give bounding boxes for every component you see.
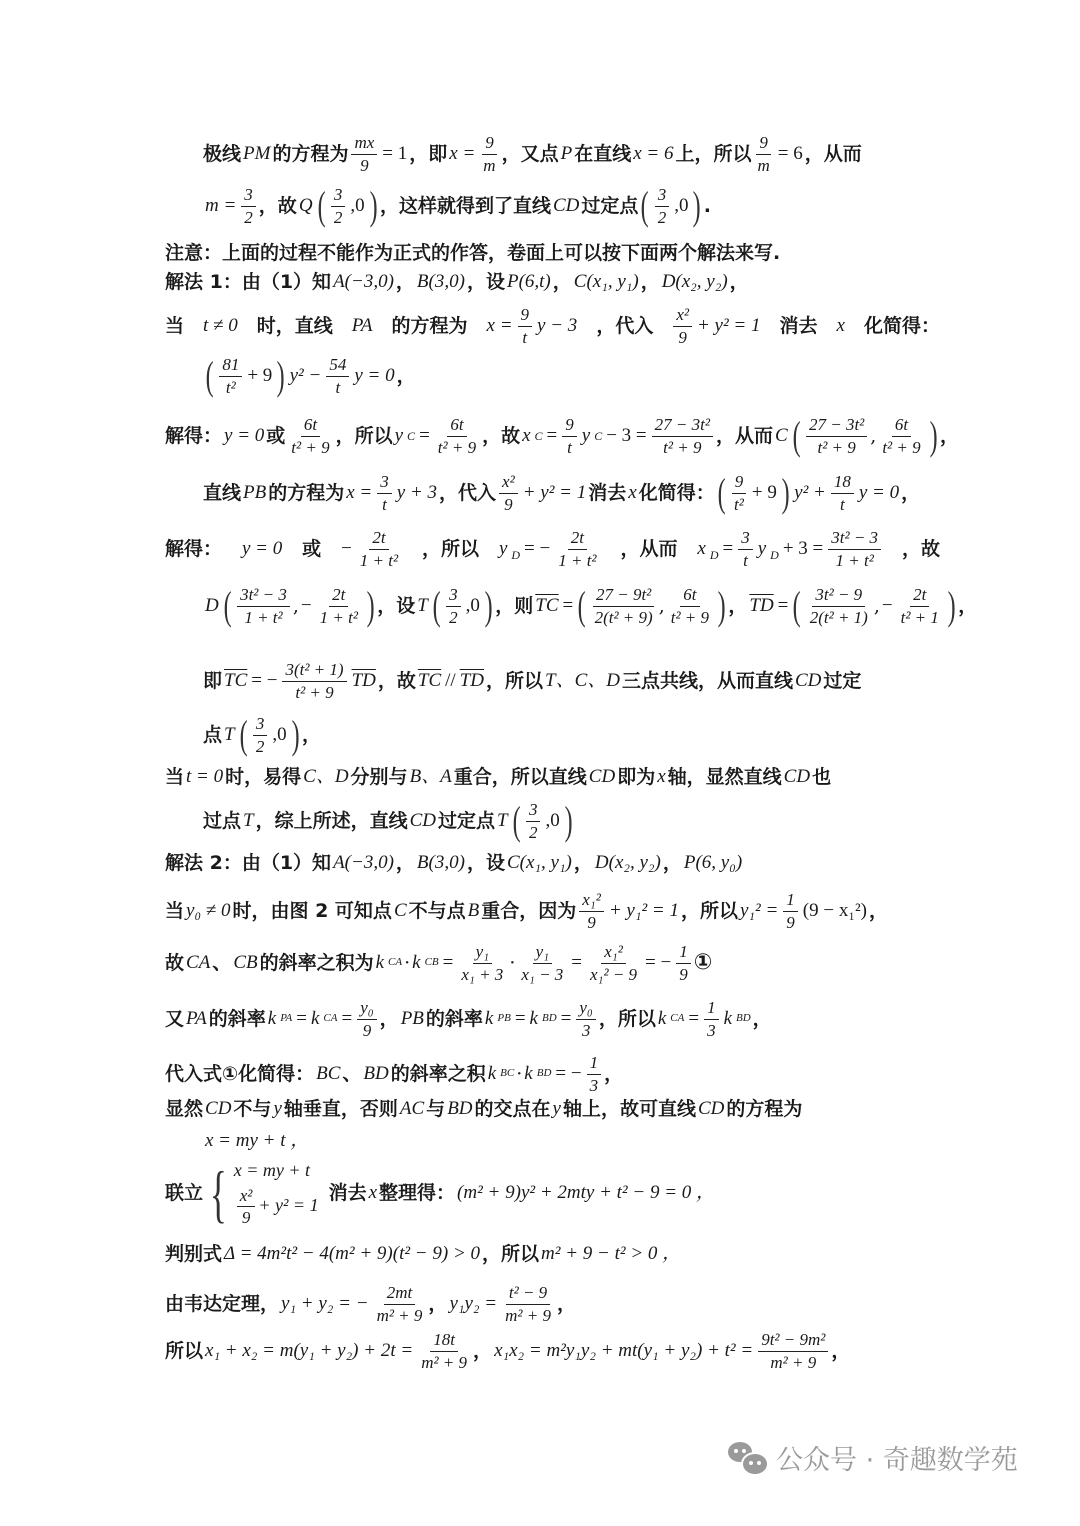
wechat-icon <box>728 1442 766 1474</box>
text-line-1: 极线 PM 的方程为 mx9 = 1 ，即 x = 9m ，又点 P 在直线 x… <box>203 133 940 175</box>
text-line-18: 又 PA 的斜率 kPA=kCA= y₀9 ， PB 的斜率 kPB=kBD= … <box>165 998 940 1040</box>
text: 解法 1：由（1）知 <box>165 271 331 294</box>
text-line-17: 故 CA 、 CB 的斜率之积为 kCA·kCB= y₁x₁ + 3·y₁x₁ … <box>165 942 940 984</box>
text-line-7: 解得： y = 0 或 6tt² + 9 ，所以 yC= 6tt² + 9 ，故… <box>165 415 960 457</box>
math: P(6,t) <box>507 271 551 294</box>
math: x = 6 <box>633 143 673 166</box>
text: ，又点 <box>502 143 559 166</box>
watermark-label: 公众号 · 奇趣数学苑 <box>776 1438 1018 1477</box>
document-page: 极线 PM 的方程为 mx9 = 1 ，即 x = 9m ，又点 P 在直线 x… <box>0 0 1080 1526</box>
fraction: 9m <box>755 133 773 175</box>
note-text: 注意：上面的过程不能作为正式的作答，卷面上可以按下面两个解法来写. <box>165 242 780 265</box>
math: m = <box>205 195 236 218</box>
text: 的方程为 <box>272 143 348 166</box>
text: ，即 <box>409 143 447 166</box>
math: ,0 <box>674 195 688 218</box>
text-line-8: 直线 PB 的方程为 x =3ty + 3 ，代入 x²9+ y² = 1 消去… <box>203 472 960 514</box>
text-line-9: 解得： y = 0 或 −2t1 + t² ，所以 yD= −2t1 + t² … <box>165 528 940 570</box>
text: 极线 <box>203 143 241 166</box>
fraction: 32 <box>331 185 346 227</box>
text: . <box>704 195 711 218</box>
math: = 6 <box>778 143 803 166</box>
math: C(x₁, y₁) <box>574 271 639 294</box>
text-line-11: 即 TC= − 3(t² + 1)t² + 9 TD ，故 TC//TD ，所以… <box>203 660 940 702</box>
text-line-14: 过点 T ，综上所述，直线 CD 过定点 T(32,0) <box>203 800 940 842</box>
text-line-4: 解法 1：由（1）知 A(−3,0)， B(3,0)， 设 P(6,t)， C(… <box>165 271 940 294</box>
math: D(x₂, y₂) <box>662 271 728 294</box>
text: 上，所以 <box>675 143 751 166</box>
math: P <box>561 143 573 166</box>
text-line-15: 解法 2：由（1）知 A(−3,0)， B(3,0)， 设 C(x₁, y₁)，… <box>165 852 940 875</box>
math: = 1 <box>382 143 407 166</box>
math: PM <box>243 143 270 166</box>
text-line-19: 代入式①化简得： BC 、 BD 的斜率之积 kBC·kBD= − 13， <box>165 1053 940 1095</box>
text-line-2: m = 32 ，故 Q (32,0) ，这样就得到了直线 CD 过定点 (32,… <box>203 185 940 227</box>
text: 在直线 <box>574 143 631 166</box>
text-line-10: D (3t² − 31 + t²,−2t1 + t²) ，设 T(32,0) ，… <box>203 585 960 627</box>
fraction: 9m <box>480 133 498 175</box>
text: ，故 <box>259 195 297 218</box>
fraction: mx9 <box>351 133 377 175</box>
text-line-12: 点 T(32,0)， <box>203 714 940 756</box>
text-line-5: 当 t ≠ 0 时，直线 PA 的方程为 x =9ty − 3 ，代入 x²9+… <box>165 305 940 347</box>
text-line-20: 显然 CD 不与 y 轴垂直，否则 AC 与 BD 的交点在 y 轴上，故可直线… <box>165 1098 940 1121</box>
text: ，从而 <box>805 143 862 166</box>
text: 过定点 <box>581 195 638 218</box>
text-line-6: (81t²+ 9) y² − 54t y = 0， <box>203 355 940 397</box>
text-line-21: x = my + t ， <box>203 1130 940 1153</box>
math: B(3,0) <box>417 271 465 294</box>
math: Q <box>299 195 313 218</box>
text-line-13: 当 t = 0 时，易得 C、D 分别与 B、A 重合，所以直线 CD 即为 x… <box>165 766 940 789</box>
watermark: 公众号 · 奇趣数学苑 <box>728 1438 1018 1477</box>
math: CD <box>553 195 579 218</box>
text-line-16: 当 y₀ ≠ 0 时，由图 2 可知点 C 不与点 B 重合，因为 x₁²9+ … <box>165 890 940 932</box>
math: A(−3,0) <box>333 271 394 294</box>
text-line-3: 注意：上面的过程不能作为正式的作答，卷面上可以按下面两个解法来写. <box>165 242 940 265</box>
text-line-24: 由韦达定理， y₁ + y₂ = −2mtm² + 9， y₁y₂ =t² − … <box>165 1283 940 1325</box>
math: x = <box>449 143 475 166</box>
fraction: 32 <box>241 185 256 227</box>
math: ,0 <box>350 195 364 218</box>
text-line-22: 联立 { x = my + tx²9+ y² = 1 消去 x 整理得： (m²… <box>165 1160 940 1228</box>
text-line-25: 所以 x₁ + x₂ = m(y₁ + y₂) + 2t =18tm² + 9，… <box>165 1330 940 1372</box>
text-line-23: 判别式 Δ = 4m²t² − 4(m² + 9)(t² − 9) > 0 ，所… <box>165 1243 940 1266</box>
fraction: 32 <box>655 185 670 227</box>
text: 设 <box>486 271 505 294</box>
text: ，这样就得到了直线 <box>380 195 551 218</box>
